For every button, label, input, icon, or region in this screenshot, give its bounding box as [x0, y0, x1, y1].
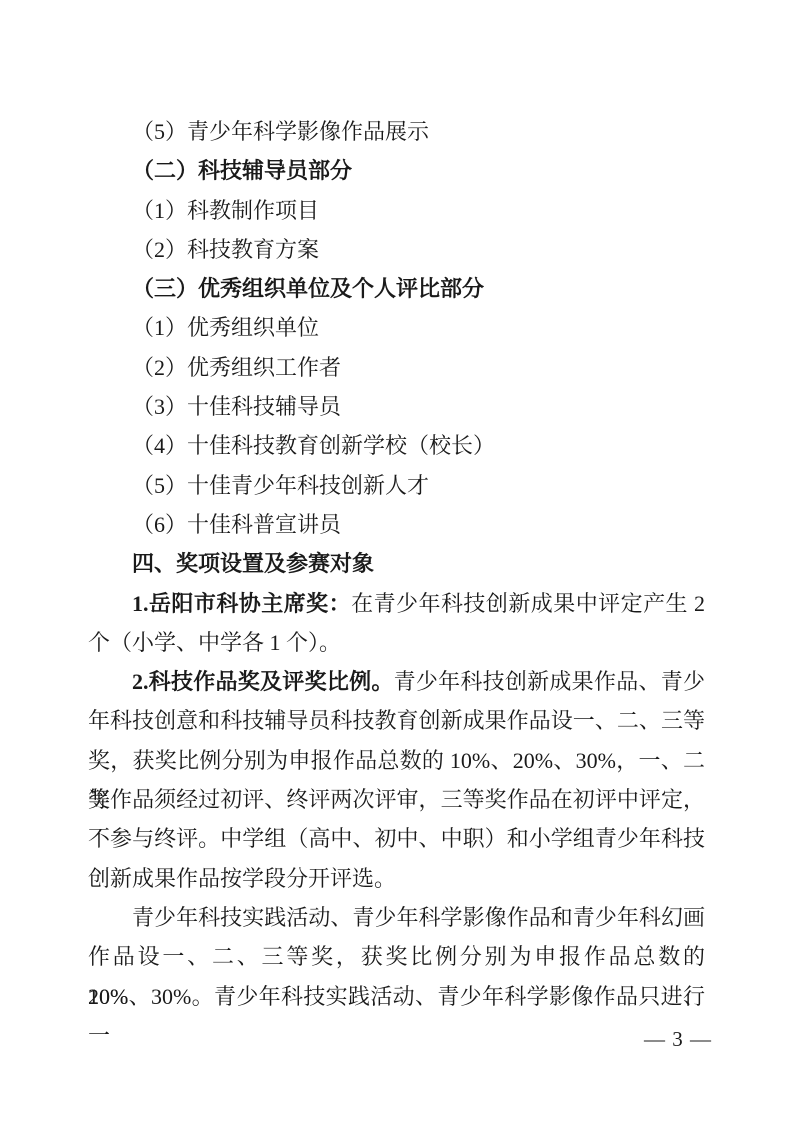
text-segment: 在青少年科技创新成果中评定产生 2: [351, 591, 705, 616]
text-line: （2）优秀组织工作者: [88, 348, 705, 387]
text-segment: 20%、30%。青少年科技实践活动、青少年科学影像作品只进行一: [88, 984, 705, 1048]
text-line: （6）十佳科普宣讲员: [88, 505, 705, 544]
text-line: 个（小学、中学各 1 个）。: [88, 623, 705, 662]
text-segment: 个（小学、中学各 1 个）。: [88, 630, 341, 655]
text-line: （1）优秀组织单位: [88, 308, 705, 347]
text-segment: 年科技创意和科技辅导员科技教育创新成果作品设一、二、三等: [88, 708, 705, 733]
bold-text-segment: 四、奖项设置及参赛对象: [132, 551, 374, 576]
text-line: （4）十佳科技教育创新学校（校长）: [88, 426, 705, 465]
text-segment: （6）十佳科普宣讲员: [132, 512, 341, 537]
text-line: （5）十佳青少年科技创新人才: [88, 466, 705, 505]
bold-text-segment: 1.岳阳市科协主席奖：: [132, 591, 351, 616]
text-segment: 创新成果作品按学段分开评选。: [88, 866, 396, 891]
text-line: （3）十佳科技辅导员: [88, 387, 705, 426]
text-line: （2）科技教育方案: [88, 230, 705, 269]
text-segment: （4）十佳科技教育创新学校（校长）: [132, 433, 495, 458]
heading-line: （三）优秀组织单位及个人评比部分: [88, 269, 705, 308]
heading-line: 四、奖项设置及参赛对象: [88, 544, 705, 583]
heading-line: （二）科技辅导员部分: [88, 151, 705, 190]
text-line: 青少年科技实践活动、青少年科学影像作品和青少年科幻画: [88, 898, 705, 937]
text-line: 2.科技作品奖及评奖比例。青少年科技创新成果作品、青少: [88, 662, 705, 701]
text-line: 奖作品须经过初评、终评两次评审，三等奖作品在初评中评定，: [88, 780, 705, 819]
page-number: — 3 —: [644, 1027, 712, 1052]
text-line: 1.岳阳市科协主席奖：在青少年科技创新成果中评定产生 2: [88, 584, 705, 623]
text-segment: 青少年科技实践活动、青少年科学影像作品和青少年科幻画: [132, 905, 705, 930]
text-line: （5）青少年科学影像作品展示: [88, 112, 705, 151]
text-segment: （5）十佳青少年科技创新人才: [132, 473, 429, 498]
text-segment: （2）科技教育方案: [132, 237, 319, 262]
text-line: 年科技创意和科技辅导员科技教育创新成果作品设一、二、三等: [88, 701, 705, 740]
text-segment: （2）优秀组织工作者: [132, 355, 341, 380]
text-segment: 奖作品须经过初评、终评两次评审，三等奖作品在初评中评定，: [88, 787, 705, 812]
text-segment: 青少年科技创新成果作品、青少: [394, 669, 705, 694]
bold-text-segment: （三）优秀组织单位及个人评比部分: [132, 276, 484, 301]
text-line: 20%、30%。青少年科技实践活动、青少年科学影像作品只进行一: [88, 977, 705, 1016]
text-line: 创新成果作品按学段分开评选。: [88, 859, 705, 898]
text-line: 奖，获奖比例分别为申报作品总数的 10%、20%、30%，一、二等: [88, 741, 705, 780]
text-segment: （3）十佳科技辅导员: [132, 394, 341, 419]
text-segment: （5）青少年科学影像作品展示: [132, 119, 429, 144]
text-line: 作品设一、二、三等奖，获奖比例分别为申报作品总数的 10%、: [88, 937, 705, 976]
bold-text-segment: 2.科技作品奖及评奖比例。: [132, 669, 394, 694]
text-line: 不参与终评。中学组（高中、初中、中职）和小学组青少年科技: [88, 819, 705, 858]
text-line: （1）科教制作项目: [88, 191, 705, 230]
text-segment: （1）优秀组织单位: [132, 315, 319, 340]
bold-text-segment: （二）科技辅导员部分: [132, 158, 352, 183]
text-segment: 不参与终评。中学组（高中、初中、中职）和小学组青少年科技: [88, 826, 705, 851]
text-segment: （1）科教制作项目: [132, 198, 319, 223]
document-page: （5）青少年科学影像作品展示（二）科技辅导员部分（1）科教制作项目（2）科技教育…: [0, 0, 793, 1122]
document-lines: （5）青少年科学影像作品展示（二）科技辅导员部分（1）科教制作项目（2）科技教育…: [88, 112, 705, 1016]
